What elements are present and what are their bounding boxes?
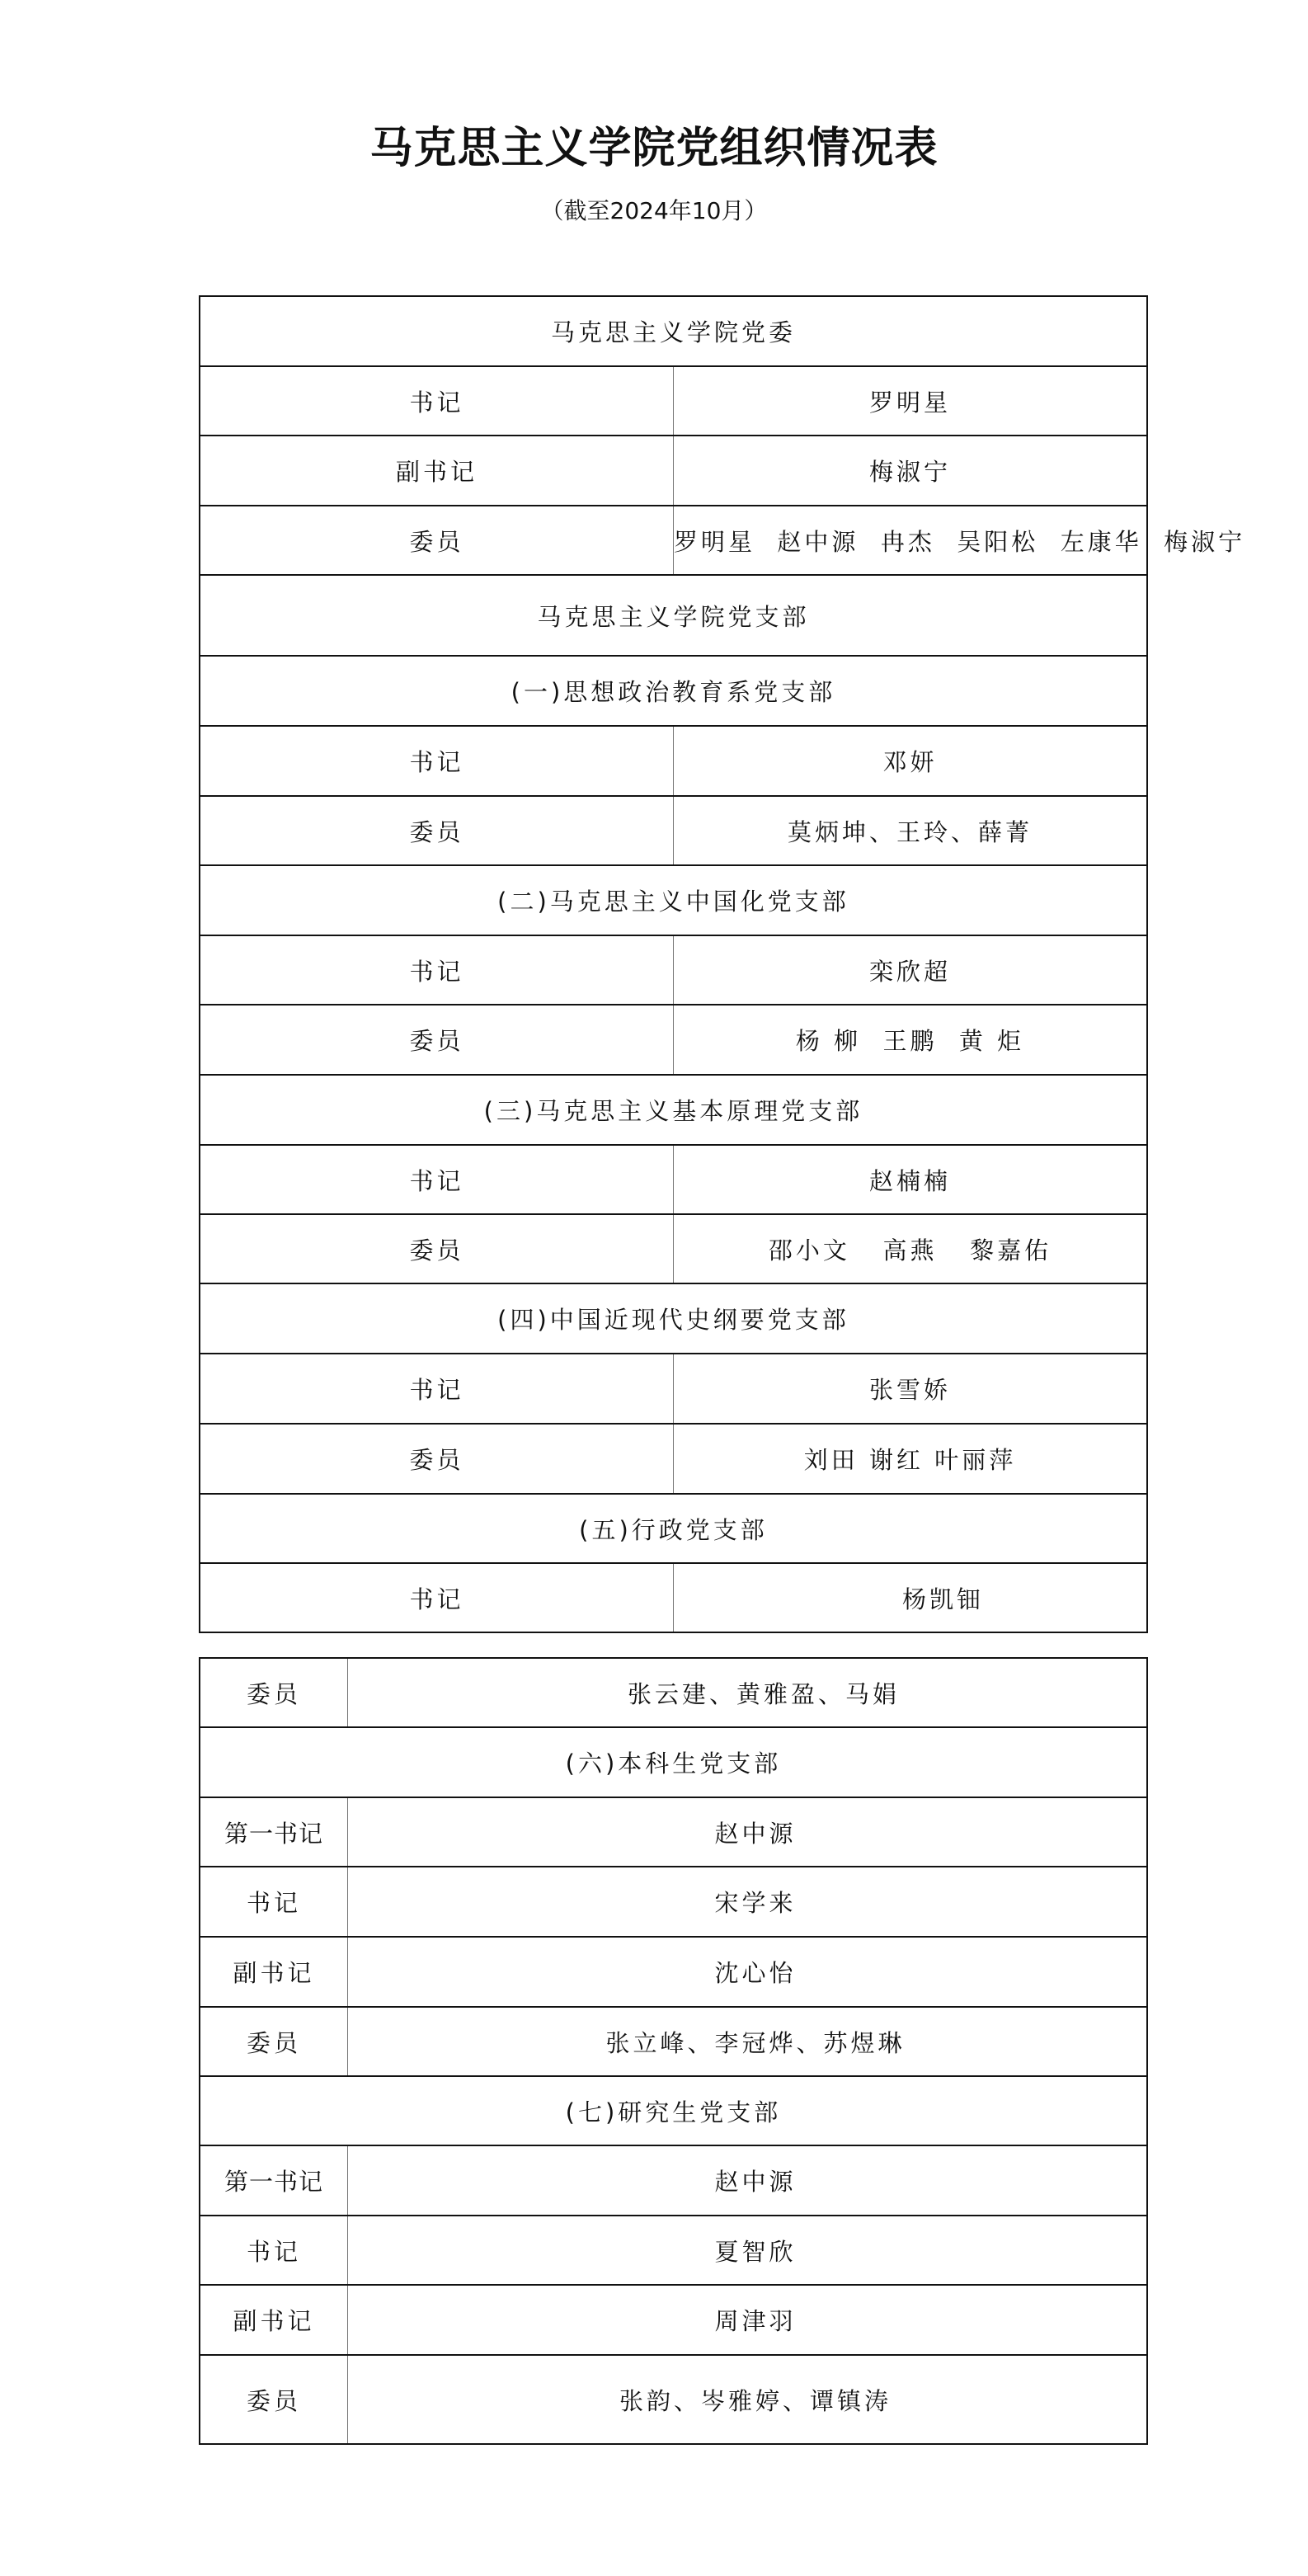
member-names: 宋学来 [348, 1867, 1148, 1937]
member-names: 周津羽 [348, 2285, 1148, 2355]
member-names: 栾欣超 [674, 935, 1148, 1005]
table-row: 委员 刘田 谢红 叶丽萍 [200, 1424, 1147, 1494]
section-title: (六)本科生党支部 [200, 1727, 1147, 1797]
role-label: 委员 [200, 1658, 348, 1727]
role-label: 委员 [200, 1424, 674, 1494]
section-header-row: (一)思想政治教育系党支部 [200, 656, 1147, 726]
member-names: 邵小文 高燕 黎嘉佑 [674, 1214, 1148, 1283]
member-names: 杨凯钿 [674, 1563, 1148, 1632]
member-names: 赵楠楠 [674, 1145, 1148, 1214]
section-header-row: 马克思主义学院党委 [200, 296, 1147, 366]
member-names: 罗明星 [674, 366, 1148, 436]
section-header-row: 马克思主义学院党支部 [200, 575, 1147, 656]
section-title: (七)研究生党支部 [200, 2076, 1147, 2145]
member-names: 张立峰、李冠烨、苏煜琳 [348, 2007, 1148, 2076]
table-row: 第一书记 赵中源 [200, 2145, 1147, 2216]
role-label: 委员 [200, 796, 674, 865]
member-names: 张雪娇 [674, 1354, 1148, 1424]
page-subtitle-date: （截至2024年10月） [0, 195, 1308, 228]
role-label: 书记 [200, 726, 674, 796]
section-header-row: (七)研究生党支部 [200, 2076, 1147, 2145]
role-label: 书记 [200, 1354, 674, 1424]
role-label: 书记 [200, 935, 674, 1005]
role-label: 副书记 [200, 436, 674, 506]
role-label: 副书记 [200, 2285, 348, 2355]
table-row: 书记 赵楠楠 [200, 1145, 1147, 1214]
table-row: 委员 邵小文 高燕 黎嘉佑 [200, 1214, 1147, 1283]
section-header-row: (四)中国近现代史纲要党支部 [200, 1283, 1147, 1354]
table-row: 委员 杨 柳 王鹏 黄 炬 [200, 1005, 1147, 1075]
table-row: 书记 杨凯钿 [200, 1563, 1147, 1632]
section-title: 马克思主义学院党支部 [200, 575, 1147, 656]
table-row: 副书记 周津羽 [200, 2285, 1147, 2355]
member-names: 赵中源 [348, 2145, 1148, 2216]
table-row: 委员 张立峰、李冠烨、苏煜琳 [200, 2007, 1147, 2076]
role-label: 书记 [200, 2216, 348, 2285]
role-label: 委员 [200, 1005, 674, 1075]
member-names: 莫炳坤、王玲、薛菁 [674, 796, 1148, 865]
member-names: 夏智欣 [348, 2216, 1148, 2285]
table-row: 书记 罗明星 [200, 366, 1147, 436]
table-row: 书记 宋学来 [200, 1867, 1147, 1937]
page-title: 马克思主义学院党组织情况表 [0, 122, 1308, 175]
member-names: 罗明星 赵中源 冉杰 吴阳松 左康华 梅淑宁 [674, 506, 1148, 575]
table-row: 书记 张雪娇 [200, 1354, 1147, 1424]
section-title: (三)马克思主义基本原理党支部 [200, 1075, 1147, 1145]
member-names: 张韵、岑雅婷、谭镇涛 [348, 2355, 1148, 2444]
section-title: (五)行政党支部 [200, 1494, 1147, 1563]
member-names: 梅淑宁 [674, 436, 1148, 506]
table-row: 书记 夏智欣 [200, 2216, 1147, 2285]
role-label: 书记 [200, 1867, 348, 1937]
table-row: 委员 莫炳坤、王玲、薛菁 [200, 796, 1147, 865]
section-header-row: (三)马克思主义基本原理党支部 [200, 1075, 1147, 1145]
member-names: 刘田 谢红 叶丽萍 [674, 1424, 1148, 1494]
member-names: 张云建、黄雅盈、马娟 [348, 1658, 1148, 1727]
role-label: 书记 [200, 1563, 674, 1632]
role-label: 委员 [200, 2355, 348, 2444]
org-table-part-1: 马克思主义学院党委 书记 罗明星 副书记 梅淑宁 委员 罗明星 赵中源 冉杰 吴… [199, 295, 1148, 1633]
table-row: 委员 罗明星 赵中源 冉杰 吴阳松 左康华 梅淑宁 [200, 506, 1147, 575]
section-title: (一)思想政治教育系党支部 [200, 656, 1147, 726]
section-title: (四)中国近现代史纲要党支部 [200, 1283, 1147, 1354]
role-label: 第一书记 [200, 1797, 348, 1867]
role-label: 书记 [200, 1145, 674, 1214]
role-label: 委员 [200, 2007, 348, 2076]
table-row: 委员 张韵、岑雅婷、谭镇涛 [200, 2355, 1147, 2444]
member-names: 杨 柳 王鹏 黄 炬 [674, 1005, 1148, 1075]
table-row: 第一书记 赵中源 [200, 1797, 1147, 1867]
org-table-part-2: 委员 张云建、黄雅盈、马娟 (六)本科生党支部 第一书记 赵中源 书记 宋学来 … [199, 1657, 1148, 2445]
table-row: 书记 邓妍 [200, 726, 1147, 796]
member-names: 邓妍 [674, 726, 1148, 796]
role-label: 第一书记 [200, 2145, 348, 2216]
table-row: 副书记 沈心怡 [200, 1937, 1147, 2007]
role-label: 书记 [200, 366, 674, 436]
member-names: 赵中源 [348, 1797, 1148, 1867]
role-label: 副书记 [200, 1937, 348, 2007]
role-label: 委员 [200, 1214, 674, 1283]
table-row: 副书记 梅淑宁 [200, 436, 1147, 506]
section-header-row: (五)行政党支部 [200, 1494, 1147, 1563]
section-title: (二)马克思主义中国化党支部 [200, 865, 1147, 935]
section-header-row: (二)马克思主义中国化党支部 [200, 865, 1147, 935]
role-label: 委员 [200, 506, 674, 575]
section-header-row: (六)本科生党支部 [200, 1727, 1147, 1797]
table-row: 书记 栾欣超 [200, 935, 1147, 1005]
section-title: 马克思主义学院党委 [200, 296, 1147, 366]
member-names: 沈心怡 [348, 1937, 1148, 2007]
table-row: 委员 张云建、黄雅盈、马娟 [200, 1658, 1147, 1727]
